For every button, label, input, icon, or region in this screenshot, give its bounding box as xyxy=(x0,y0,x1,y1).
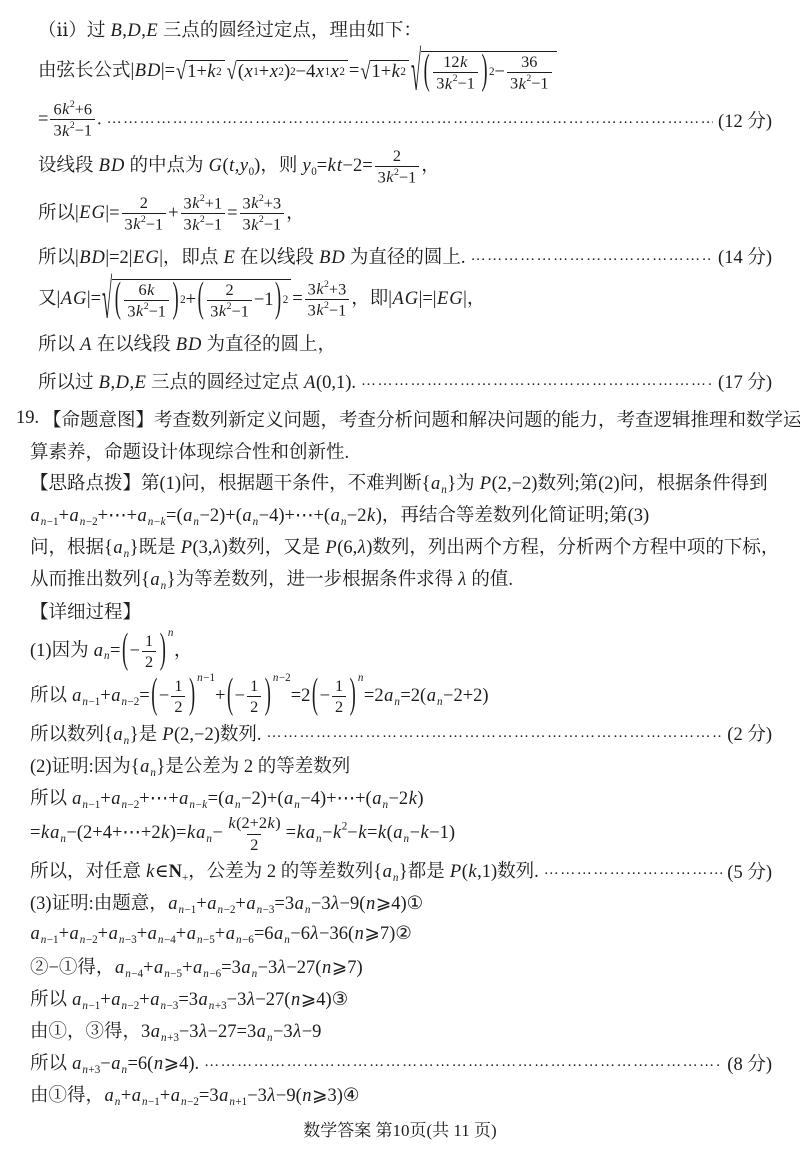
line-content: (2)证明:因为{an}是公差为 2 的等差数列 xyxy=(30,752,350,779)
line-content: 所以过 B,D,E 三点的圆经过定点 A(0,1). xyxy=(38,368,356,394)
formula-line: 从而推出数列{an}为等差数列，进一步根据条件求得 λ 的值. xyxy=(30,564,772,594)
formula-line: 所以数列{an}是 P(2,−2)数列.……………………………………………………… xyxy=(30,718,772,748)
page-footer: 数学答案 第10页(共 11 页) xyxy=(0,1116,800,1141)
formula-line: 所以|BD|=2|EG|，即点 E 在以线段 BD 为直径的圆上.…………………… xyxy=(38,241,772,272)
dot-leader: …………………………………………………………………………………………………………… xyxy=(471,248,713,265)
line-content: (1)因为 an=(−12)n， xyxy=(30,628,192,671)
formula-line: （ⅱ）过 B,D,E 三点的圆经过定点，理由如下： xyxy=(38,13,772,44)
line-content: 所以，对任意 k∈N+，公差为 2 的等差数列{an}都是 P(k,1)数列. xyxy=(30,857,539,884)
line-content: 算素养，命题设计体现综合性和创新性. xyxy=(30,438,349,464)
formula-line: 问，根据{an}既是 P(3,λ)数列，又是 P(6,λ)数列，列出两个方程，分… xyxy=(30,532,772,562)
dot-leader: …………………………………………………………………………………………………………… xyxy=(204,1054,722,1071)
formula-line: 所以 an+3−an=6(n⩾4).…………………………………………………………… xyxy=(30,1048,772,1078)
line-content: (3)证明:由题意，an−1+an−2+an−3=3an−3λ−9(n⩾4)① xyxy=(30,889,423,916)
formula-line: 由弦长公式|BD|=√1+k2√(x1+x2)2−4x1x2=√1+k2√(12… xyxy=(38,51,772,93)
document-body: （ⅱ）过 B,D,E 三点的圆经过定点，理由如下：由弦长公式|BD|=√1+k2… xyxy=(0,13,800,1110)
formula-line: 所以 an−1+an−2=(−12)n−1+(−12)n−2=2(−12)n=2… xyxy=(30,673,772,716)
formula-line: (1)因为 an=(−12)n， xyxy=(30,628,772,671)
formula-line: (3)证明:由题意，an−1+an−2+an−3=3an−3λ−9(n⩾4)① xyxy=(30,888,772,918)
formula-line: (2)证明:因为{an}是公差为 2 的等差数列 xyxy=(30,750,772,780)
line-content: 【思路点拨】第(1)问，根据题干条件，不难判断{an}为 P(2,−2)数列;第… xyxy=(30,469,768,496)
formula-line: =6k2+63k2−1.…………………………………………………………………………… xyxy=(38,100,772,140)
formula-line: 【思路点拨】第(1)问，根据题干条件，不难判断{an}为 P(2,−2)数列;第… xyxy=(30,468,772,498)
formula-line: 【详细过程】 xyxy=(30,596,772,626)
line-content: （ⅱ）过 B,D,E 三点的圆经过定点，理由如下： xyxy=(38,16,422,42)
dot-leader: …………………………………………………………………………………………………………… xyxy=(544,862,723,879)
problem-19: 19.【命题意图】考查数列新定义问题，考查分析问题和解决问题的能力，考查逻辑推理… xyxy=(0,404,800,1110)
line-content: 所以|EG|=23k2−1+3k2+13k2−1=3k2+33k2−1， xyxy=(38,194,305,234)
formula-line: 所以 an−1+an−2+⋯+an−k=(an−2)+(an−4)+⋯+(an−… xyxy=(30,782,772,812)
score-label: (14 分) xyxy=(718,243,772,269)
score-label: (2 分) xyxy=(727,720,772,746)
formula-line: 19.【命题意图】考查数列新定义问题，考查分析问题和解决问题的能力，考查逻辑推理… xyxy=(30,404,772,434)
line-content: ②−①得，an−4+an−5+an−6=3an−3λ−27(n⩾7) xyxy=(30,953,363,980)
line-content: 所以 an−1+an−2=(−12)n−1+(−12)n−2=2(−12)n=2… xyxy=(30,673,489,716)
formula-line: 算素养，命题设计体现综合性和创新性. xyxy=(30,436,772,466)
answer-sheet-page: （ⅱ）过 B,D,E 三点的圆经过定点，理由如下：由弦长公式|BD|=√1+k2… xyxy=(0,0,800,1174)
formula-line: 所以 A 在以线段 BD 为直径的圆上， xyxy=(38,328,772,359)
formula-line: 所以过 B,D,E 三点的圆经过定点 A(0,1).……………………………………… xyxy=(38,366,772,397)
formula-line: 所以，对任意 k∈N+，公差为 2 的等差数列{an}都是 P(k,1)数列.…… xyxy=(30,856,772,886)
problem-18-part-ii: （ⅱ）过 B,D,E 三点的圆经过定点，理由如下：由弦长公式|BD|=√1+k2… xyxy=(0,13,800,397)
line-content: 所以数列{an}是 P(2,−2)数列. xyxy=(30,720,262,747)
line-content: 设线段 BD 的中点为 G(t,y0)，则 y0=kt−2=23k2−1， xyxy=(38,147,440,187)
line-content: 由①，③得，3an+3−3λ−27=3an−3λ−9 xyxy=(30,1017,321,1044)
score-label: (5 分) xyxy=(727,858,772,884)
line-content: 【命题意图】考查数列新定义问题，考查分析问题和解决问题的能力，考查逻辑推理和数学… xyxy=(43,406,800,432)
formula-line: an−1+an−2+⋯+an−k=(an−2)+(an−4)+⋯+(an−2k)… xyxy=(30,500,772,530)
formula-line: 设线段 BD 的中点为 G(t,y0)，则 y0=kt−2=23k2−1， xyxy=(38,147,772,187)
score-label: (8 分) xyxy=(727,1050,772,1076)
line-content: an−1+an−2+an−3+an−4+an−5+an−6=6an−6λ−36(… xyxy=(30,923,412,946)
formula-line: 由①得，an+an−1+an−2=3an+1−3λ−9(n⩾3)④ xyxy=(30,1080,772,1110)
formula-line: 所以|EG|=23k2−1+3k2+13k2−1=3k2+33k2−1， xyxy=(38,194,772,234)
line-content: =6k2+63k2−1. xyxy=(38,100,102,140)
formula-line: 由①，③得，3an+3−3λ−27=3an−3λ−9 xyxy=(30,1016,772,1046)
line-content: 问，根据{an}既是 P(3,λ)数列，又是 P(6,λ)数列，列出两个方程，分… xyxy=(30,533,779,560)
formula-line: ②−①得，an−4+an−5+an−6=3an−3λ−27(n⩾7) xyxy=(30,952,772,982)
line-content: 所以|BD|=2|EG|，即点 E 在以线段 BD 为直径的圆上. xyxy=(38,243,466,269)
line-content: 由①得，an+an−1+an−2=3an+1−3λ−9(n⩾3)④ xyxy=(30,1081,360,1108)
line-content: 又|AG|=√(6k3k2−1)2+(23k2−1−1)2=3k2+33k2−1… xyxy=(38,279,485,321)
dot-leader: …………………………………………………………………………………………………………… xyxy=(267,725,723,742)
line-content: 从而推出数列{an}为等差数列，进一步根据条件求得 λ 的值. xyxy=(30,565,513,592)
question-number: 19. xyxy=(16,408,43,429)
formula-line: =kan−(2+4+⋯+2k)=kan−k(2+2k)2=kan−k2−k=k(… xyxy=(30,814,772,853)
line-content: 所以 A 在以线段 BD 为直径的圆上， xyxy=(38,330,336,356)
formula-line: 又|AG|=√(6k3k2−1)2+(23k2−1−1)2=3k2+33k2−1… xyxy=(38,279,772,321)
score-label: (17 分) xyxy=(718,368,772,394)
line-content: an−1+an−2+⋯+an−k=(an−2)+(an−4)+⋯+(an−2k)… xyxy=(30,501,649,528)
line-content: 所以 an−1+an−2+an−3=3an+3−3λ−27(n⩾4)③ xyxy=(30,985,348,1012)
score-label: (12 分) xyxy=(718,107,772,133)
line-content: 【详细过程】 xyxy=(30,598,141,624)
line-content: =kan−(2+4+⋯+2k)=kan−k(2+2k)2=kan−k2−k=k(… xyxy=(30,814,455,853)
dot-leader: …………………………………………………………………………………………………………… xyxy=(107,111,713,128)
line-content: 由弦长公式|BD|=√1+k2√(x1+x2)2−4x1x2=√1+k2√(12… xyxy=(38,51,558,93)
formula-line: 所以 an−1+an−2+an−3=3an+3−3λ−27(n⩾4)③ xyxy=(30,984,772,1014)
line-content: 所以 an−1+an−2+⋯+an−k=(an−2)+(an−4)+⋯+(an−… xyxy=(30,784,424,811)
formula-line: an−1+an−2+an−3+an−4+an−5+an−6=6an−6λ−36(… xyxy=(30,920,772,950)
line-content: 所以 an+3−an=6(n⩾4). xyxy=(30,1049,199,1076)
dot-leader: …………………………………………………………………………………………………………… xyxy=(361,373,713,390)
